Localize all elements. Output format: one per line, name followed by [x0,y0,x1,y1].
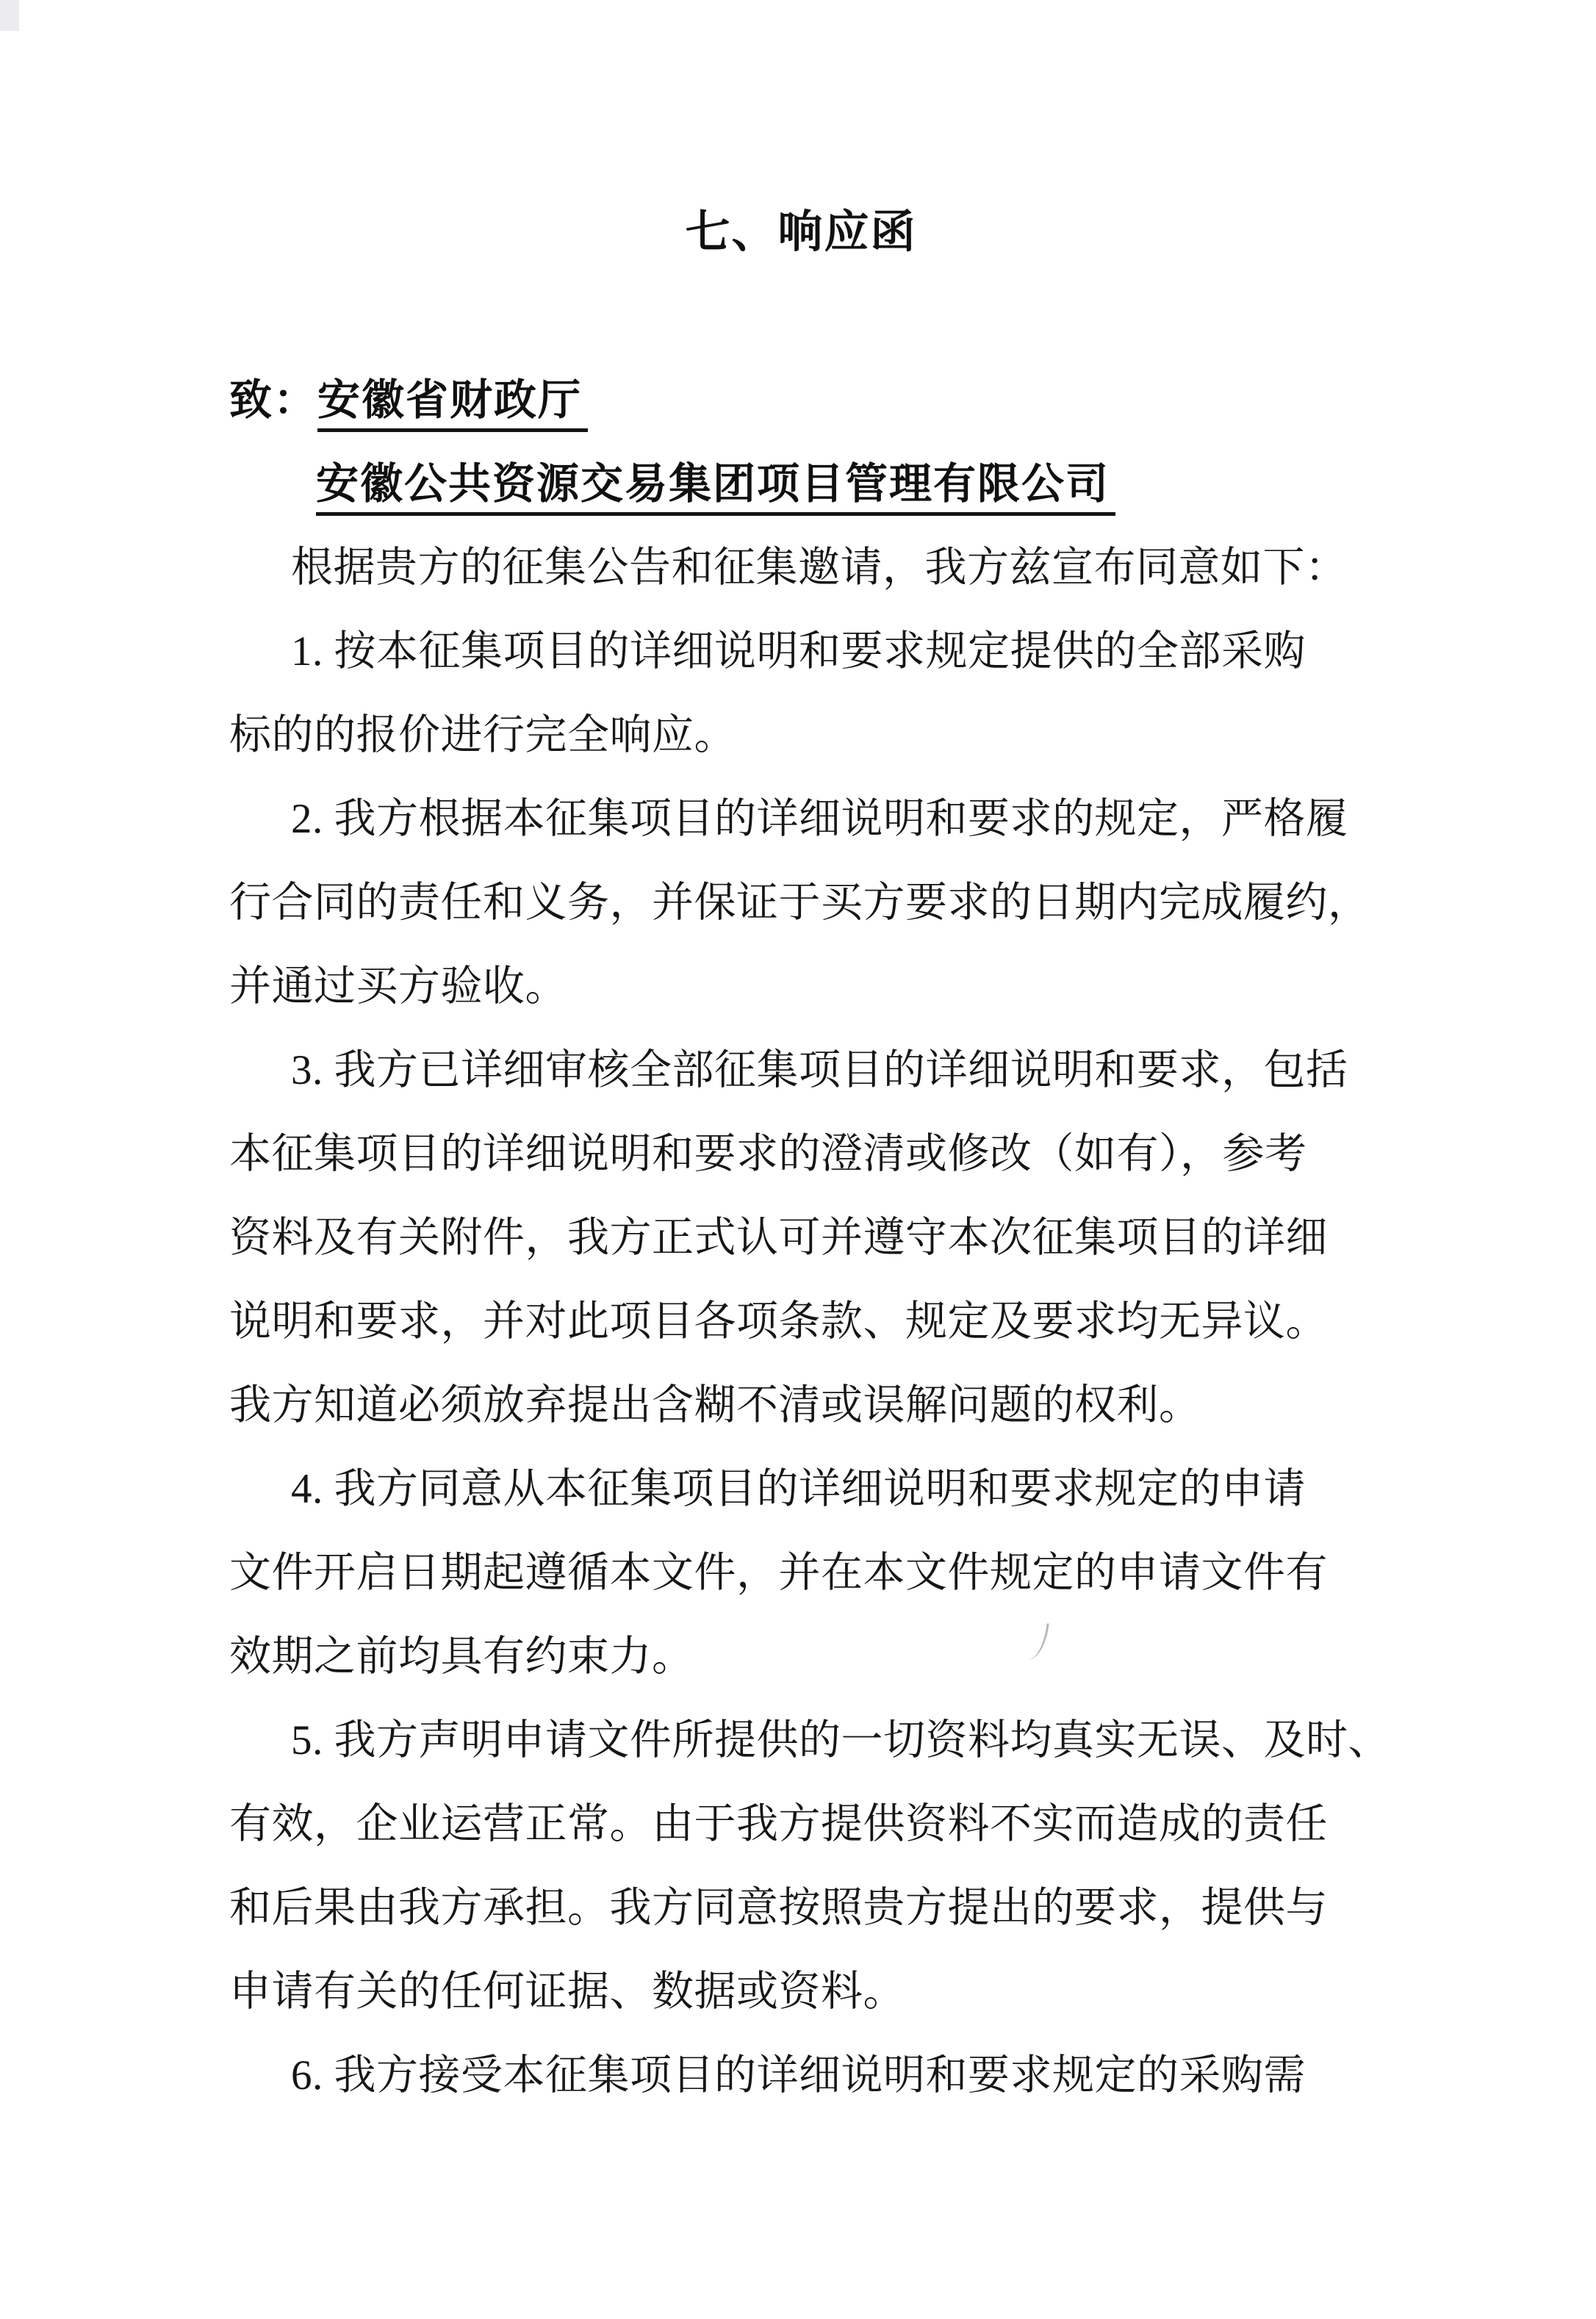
salutation-line: 致：安徽省财政厅 [229,359,1373,442]
body-line: 标的的报价进行完全响应。 [229,694,1373,777]
salutation-prefix: 致： [229,376,317,424]
body-line: 申请有关的任何证据、数据或资料。 [229,1950,1373,2034]
body-line: 和后果由我方承担。我方同意按照贵方提出的要求，提供与 [229,1866,1373,1950]
body-line: 3. 我方已详细审核全部征集项目的详细说明和要求，包括 [229,1029,1373,1112]
body-line: 文件开启日期起遵循本文件，并在本文件规定的申请文件有 [229,1531,1373,1615]
page-title: 七、响应函 [229,191,1373,275]
recipient-company-line: 安徽公共资源交易集团项目管理有限公司 [229,442,1373,526]
body-line: 5. 我方声明申请文件所提供的一切资料均真实无误、及时、 [229,1699,1373,1783]
body-line: 有效，企业运营正常。由于我方提供资料不实而造成的责任 [229,1783,1373,1866]
body-line: 4. 我方同意从本征集项目的详细说明和要求规定的申请 [229,1448,1373,1531]
scan-artifact-corner [0,0,19,31]
recipient-company: 安徽公共资源交易集团项目管理有限公司 [316,460,1115,516]
body-line: 6. 我方接受本征集项目的详细说明和要求规定的采购需 [229,2034,1373,2118]
body-lines: 根据贵方的征集公告和征集邀请，我方兹宣布同意如下：1. 按本征集项目的详细说明和… [229,526,1373,2118]
body-line: 我方知道必须放弃提出含糊不清或误解问题的权利。 [229,1364,1373,1448]
document-content: 七、响应函 致：安徽省财政厅 安徽公共资源交易集团项目管理有限公司 根据贵方的征… [229,191,1373,2118]
spacer-line [229,275,1373,359]
body-line: 并通过买方验收。 [229,945,1373,1029]
scanned-document-page: 七、响应函 致：安徽省财政厅 安徽公共资源交易集团项目管理有限公司 根据贵方的征… [0,0,1596,2319]
body-line: 资料及有关附件，我方正式认可并遵守本次征集项目的详细 [229,1196,1373,1280]
body-line: 行合同的责任和义务，并保证于买方要求的日期内完成履约， [229,861,1373,945]
body-line: 2. 我方根据本征集项目的详细说明和要求的规定，严格履 [229,777,1373,861]
body-line: 本征集项目的详细说明和要求的澄清或修改（如有），参考 [229,1112,1373,1196]
body-line: 效期之前均具有约束力。 [229,1615,1373,1699]
body-line: 说明和要求，并对此项目各项条款、规定及要求均无异议。 [229,1280,1373,1364]
body-line: 根据贵方的征集公告和征集邀请，我方兹宣布同意如下： [229,526,1373,610]
recipient-finance-dept: 安徽省财政厅 [317,376,588,432]
body-line: 1. 按本征集项目的详细说明和要求规定提供的全部采购 [229,610,1373,694]
